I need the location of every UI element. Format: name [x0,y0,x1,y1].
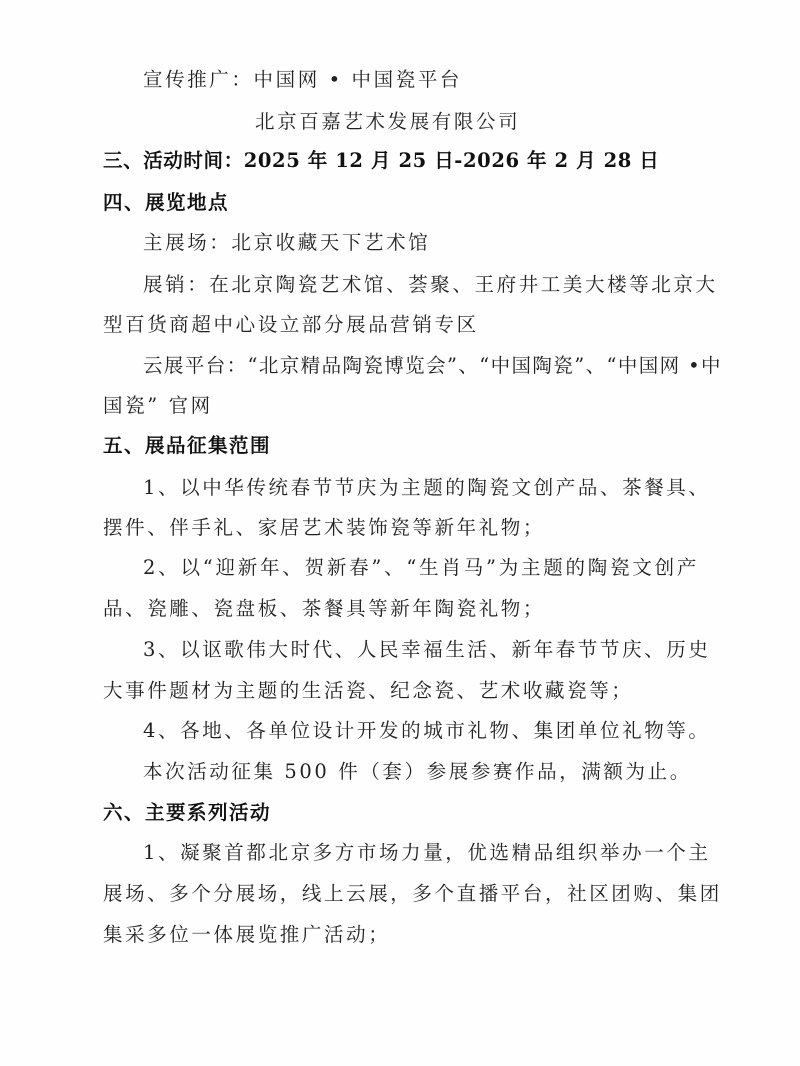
activity-item-1-line-3: 集采多位一体展览推广活动； [103,920,699,950]
activity-item-1-line-1: 1、凝聚首都北京多方市场力量，优选精品组织举办一个主 [143,838,699,868]
promotion-organization: 北京百嘉艺术发展有限公司 [255,107,800,137]
cloud-platform-line-1: 云展平台：“北京精品陶瓷博览会”、“中国陶瓷”、“中国网 •中 [143,351,699,381]
section-6-heading-main-activities: 六、主要系列活动 [103,798,699,828]
scope-item-2-line-1: 2、以“迎新年、贺新春”、“生肖马”为主题的陶瓷文创产 [143,553,699,583]
document-page: 宣传推广：中国网 • 中国瓷平台 北京百嘉艺术发展有限公司 三、活动时间：202… [0,0,800,1066]
sales-line-1: 展销：在北京陶瓷艺术馆、荟聚、王府井工美大楼等北京大 [143,270,699,300]
collection-quota-line: 本次活动征集 500 件（套）参展参赛作品，满额为止。 [143,757,699,787]
activity-item-1-line-2: 展场、多个分展场，线上云展，多个直播平台，社区团购、集团 [103,879,699,909]
section-4-heading-venue: 四、展览地点 [103,188,699,218]
promotion-label: 宣传推广： [143,68,254,91]
section-5-heading-collection-scope: 五、展品征集范围 [103,431,699,461]
scope-item-1-line-2: 摆件、伴手礼、家居艺术装饰瓷等新年礼物； [103,513,699,543]
scope-item-3-line-1: 3、以讴歌伟大时代、人民幸福生活、新年春节节庆、历史 [143,635,699,665]
scope-item-3-line-2: 大事件题材为主题的生活瓷、纪念瓷、艺术收藏瓷等； [103,676,699,706]
main-venue-line: 主展场：北京收藏天下艺术馆 [143,228,699,258]
section-3-heading-activity-time: 三、活动时间：2025 年 12 月 25 日-2026 年 2 月 28 日 [103,146,699,176]
scope-item-1-line-1: 1、以中华传统春节节庆为主题的陶瓷文创产品、茶餐具、 [143,473,699,503]
scope-item-2-line-2: 品、瓷雕、瓷盘板、茶餐具等新年陶瓷礼物； [103,594,699,624]
promotion-line: 宣传推广：中国网 • 中国瓷平台 [143,65,699,95]
scope-item-4-line-1: 4、各地、各单位设计开发的城市礼物、集团单位礼物等。 [143,716,699,746]
promotion-value: 中国网 • 中国瓷平台 [254,68,463,91]
cloud-platform-line-2: 国瓷” 官网 [103,391,699,421]
sales-line-2: 型百货商超中心设立部分展品营销专区 [103,310,699,340]
